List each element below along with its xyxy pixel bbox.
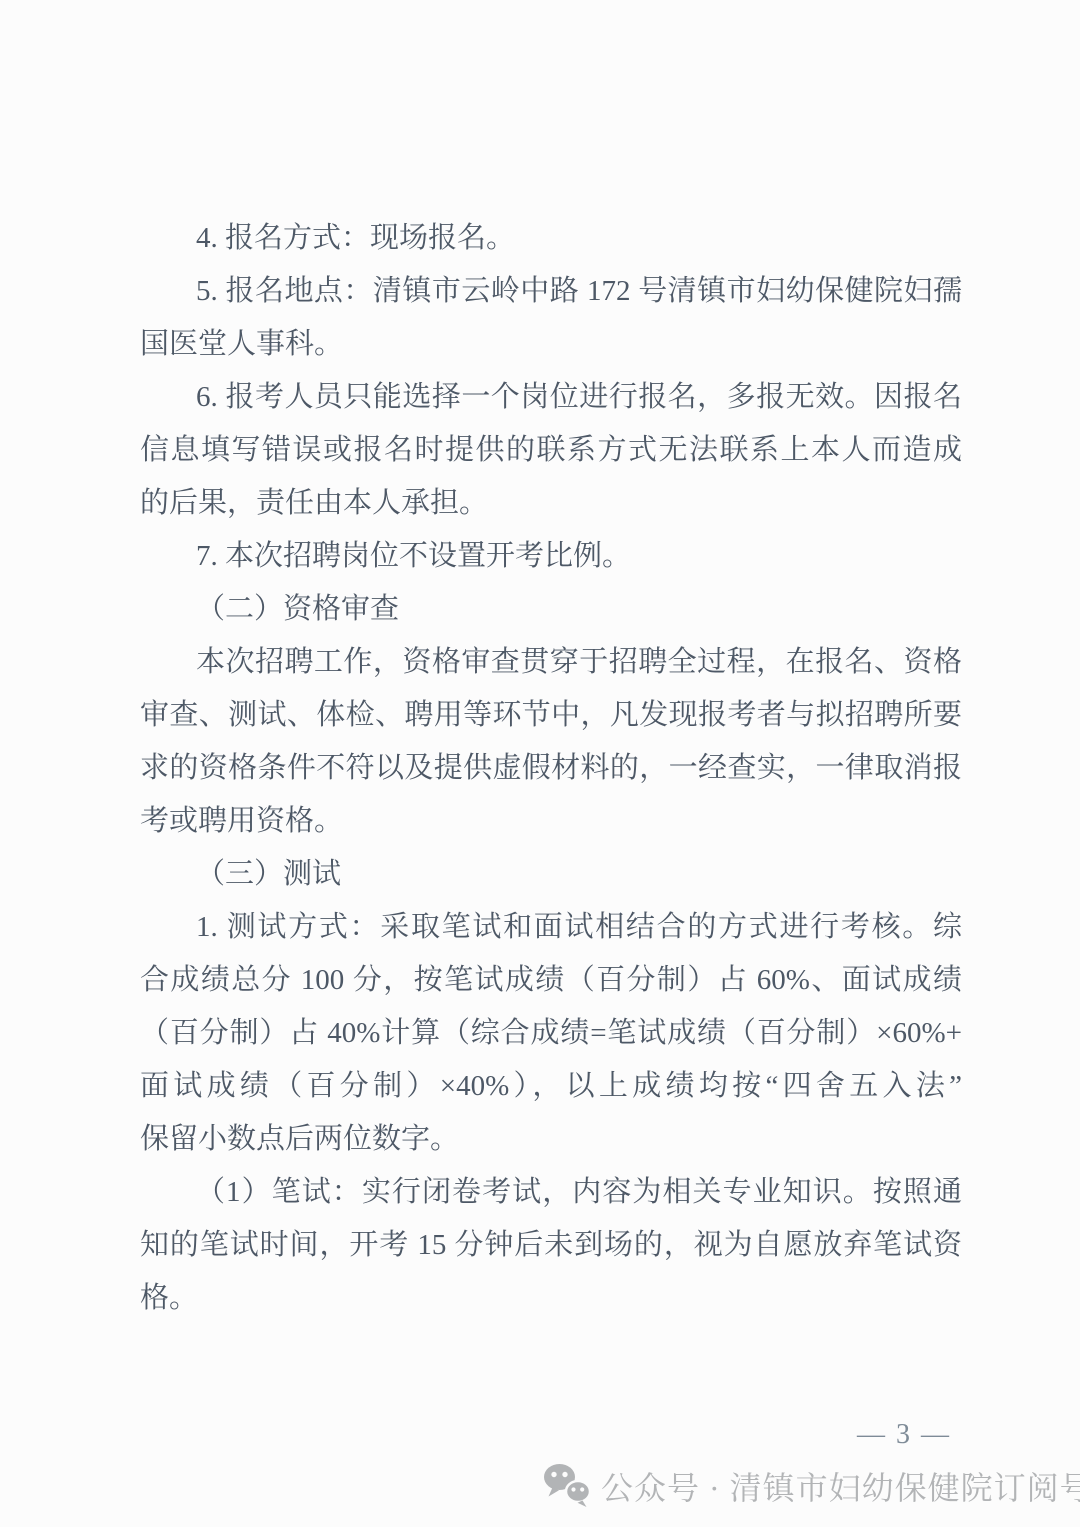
text-line: （1）笔试：实行闭卷考试，内容为相关专业知识。按照通 — [140, 1166, 962, 1219]
text-line: 求的资格条件不符以及提供虚假材料的，一经查实，一律取消报 — [140, 742, 962, 795]
wechat-watermark-label: 公众号 · 清镇市妇幼保健院订阅号 — [601, 1463, 1080, 1509]
text-line: 格。 — [140, 1272, 962, 1325]
text-line: 知的笔试时间，开考 15 分钟后未到场的，视为自愿放弃笔试资 — [140, 1219, 962, 1272]
page-number: — 3 — — [846, 1418, 962, 1452]
text-line: 7. 本次招聘岗位不设置开考比例。 — [140, 530, 962, 583]
text-line: （三）测试 — [140, 848, 962, 901]
wechat-watermark: 公众号 · 清镇市妇幼保健院订阅号 — [543, 1461, 1080, 1511]
text-line: 6. 报考人员只能选择一个岗位进行报名，多报无效。因报名 — [140, 371, 962, 424]
text-line: 考或聘用资格。 — [140, 795, 962, 848]
scanned-document-page: { "page": { "background": "#fcfcfc", "te… — [0, 0, 1080, 1527]
text-line: （二）资格审查 — [140, 583, 962, 636]
text-line: 国医堂人事科。 — [140, 318, 962, 371]
text-line: 5. 报名地点：清镇市云岭中路 172 号清镇市妇幼保健院妇孺 — [140, 265, 962, 318]
text-line: 审查、测试、体检、聘用等环节中，凡发现报考者与拟招聘所要 — [140, 689, 962, 742]
text-line: 本次招聘工作，资格审查贯穿于招聘全过程，在报名、资格 — [140, 636, 962, 689]
wechat-icon — [543, 1463, 591, 1509]
document-body: 4. 报名方式：现场报名。5. 报名地点：清镇市云岭中路 172 号清镇市妇幼保… — [140, 212, 962, 1325]
text-line: 合成绩总分 100 分，按笔试成绩（百分制）占 60%、面试成绩 — [140, 954, 962, 1007]
text-line: 保留小数点后两位数字。 — [140, 1113, 962, 1166]
text-line: 4. 报名方式：现场报名。 — [140, 212, 962, 265]
text-line: 信息填写错误或报名时提供的联系方式无法联系上本人而造成 — [140, 424, 962, 477]
text-line: （百分制）占 40%计算（综合成绩=笔试成绩（百分制）×60%+ — [140, 1007, 962, 1060]
text-line: 面试成绩（百分制）×40%），以上成绩均按“四舍五入法” — [140, 1060, 962, 1113]
text-line: 1. 测试方式：采取笔试和面试相结合的方式进行考核。综 — [140, 901, 962, 954]
text-line: 的后果，责任由本人承担。 — [140, 477, 962, 530]
